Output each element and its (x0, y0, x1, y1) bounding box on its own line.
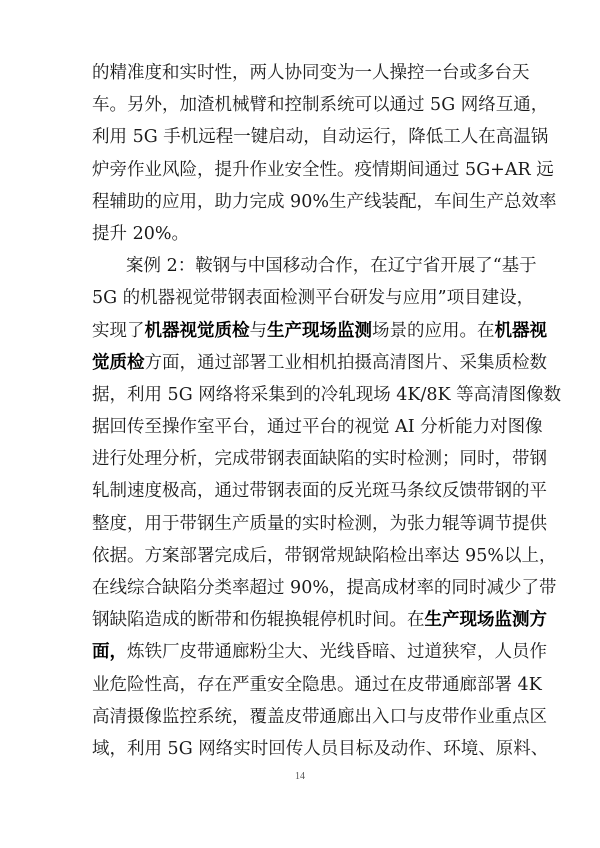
text-line: 觉质检方面，通过部署工业相机拍摄高清图片、采集质检数 (92, 347, 508, 379)
text-run: 炼铁厂皮带通廊粉尘大、光线昏暗、过道狭窄，人员作 (127, 642, 547, 662)
text-run: 车。另外，加渣机械臂和控制系统可以通过 5G 网络互通， (92, 95, 548, 115)
bold-text-run: 面， (92, 642, 127, 662)
text-run: 高清摄像监控系统，覆盖皮带通廊出入口与皮带作业重点区 (92, 707, 547, 727)
text-run: 业危险性高，存在严重安全隐患。通过在皮带通廊部署 4K (92, 675, 542, 695)
text-line: 实现了机器视觉质检与生产现场监测场景的应用。在机器视 (92, 315, 508, 347)
bold-text-run: 机器视 (495, 321, 548, 341)
text-run: 方面，通过部署工业相机拍摄高清图片、采集质检数 (145, 353, 548, 373)
text-line: 钢缺陷造成的断带和伤辊换辊停机时间。在生产现场监测方 (92, 604, 508, 636)
text-run: 利用 5G 手机远程一键启动，自动运行，降低工人在高温锅 (92, 127, 548, 147)
text-run: 与 (250, 321, 268, 341)
text-line: 业危险性高，存在严重安全隐患。通过在皮带通廊部署 4K (92, 669, 508, 701)
text-run: 据回传至操作室平台，通过平台的视觉 AI 分析能力对图像 (92, 417, 543, 437)
text-line: 车。另外，加渣机械臂和控制系统可以通过 5G 网络互通， (92, 89, 508, 121)
text-line: 整度，用于带钢生产质量的实时检测，为张力辊等调节提供 (92, 508, 508, 540)
text-line: 5G 的机器视觉带钢表面检测平台研发与应用”项目建设， (92, 282, 508, 314)
text-line: 轧制速度极高，通过带钢表面的反光斑马条纹反馈带钢的平 (92, 475, 508, 507)
text-line: 高清摄像监控系统，覆盖皮带通廊出入口与皮带作业重点区 (92, 701, 508, 733)
text-line: 依据。方案部署完成后，带钢常规缺陷检出率达 95%以上， (92, 540, 508, 572)
text-line: 面，炼铁厂皮带通廊粉尘大、光线昏暗、过道狭窄，人员作 (92, 636, 508, 668)
text-line: 域，利用 5G 网络实时回传人员目标及动作、环境、原料、 (92, 733, 508, 765)
text-run: 实现了 (92, 321, 145, 341)
text-run: 整度，用于带钢生产质量的实时检测，为张力辊等调节提供 (92, 514, 547, 534)
text-line: 利用 5G 手机远程一键启动，自动运行，降低工人在高温锅 (92, 121, 508, 153)
text-run: 据，利用 5G 网络将采集到的冷轧现场 4K/8K 等高清图像数 (92, 385, 561, 405)
bold-text-run: 觉质检 (92, 353, 145, 373)
text-run: 进行处理分析，完成带钢表面缺陷的实时检测；同时，带钢 (92, 449, 547, 469)
text-run: 钢缺陷造成的断带和伤辊换辊停机时间。在 (92, 610, 425, 630)
page-number: 14 (0, 771, 600, 782)
text-run: 域，利用 5G 网络实时回传人员目标及动作、环境、原料、 (92, 739, 548, 759)
text-run: 炉旁作业风险，提升作业安全性。疫情期间通过 5G+AR 远 (92, 160, 554, 180)
text-line: 程辅助的应用，助力完成 90%生产线装配，车间生产总效率 (92, 186, 508, 218)
text-run: 案例 2：鞍钢与中国移动合作，在辽宁省开展了“基于 (126, 256, 537, 276)
text-run: 依据。方案部署完成后，带钢常规缺陷检出率达 95%以上， (92, 546, 556, 566)
text-run: 在线综合缺陷分类率超过 90%，提高成材率的同时减少了带 (92, 578, 556, 598)
bold-text-run: 生产现场监测方 (425, 610, 548, 630)
text-run: 场景的应用。在 (372, 321, 495, 341)
text-line: 的精准度和实时性，两人协同变为一人操控一台或多台天 (92, 57, 508, 89)
body-text: 的精准度和实时性，两人协同变为一人操控一台或多台天 车。另外，加渣机械臂和控制系… (92, 57, 508, 765)
text-run: 5G 的机器视觉带钢表面检测平台研发与应用”项目建设， (92, 288, 534, 308)
text-run: 程辅助的应用，助力完成 90%生产线装配，车间生产总效率 (92, 192, 556, 212)
text-line-paragraph-start: 案例 2：鞍钢与中国移动合作，在辽宁省开展了“基于 (92, 250, 508, 282)
text-line: 据，利用 5G 网络将采集到的冷轧现场 4K/8K 等高清图像数 (92, 379, 508, 411)
text-line: 在线综合缺陷分类率超过 90%，提高成材率的同时减少了带 (92, 572, 508, 604)
bold-text-run: 生产现场监测 (267, 321, 372, 341)
text-line: 炉旁作业风险，提升作业安全性。疫情期间通过 5G+AR 远 (92, 154, 508, 186)
text-run: 提升 20%。 (92, 224, 189, 244)
text-line: 据回传至操作室平台，通过平台的视觉 AI 分析能力对图像 (92, 411, 508, 443)
text-run: 的精准度和实时性，两人协同变为一人操控一台或多台天 (92, 63, 530, 83)
text-run: 轧制速度极高，通过带钢表面的反光斑马条纹反馈带钢的平 (92, 481, 547, 501)
document-page: 的精准度和实时性，两人协同变为一人操控一台或多台天 车。另外，加渣机械臂和控制系… (0, 0, 600, 848)
text-line-paragraph-end: 提升 20%。 (92, 218, 508, 250)
text-line: 进行处理分析，完成带钢表面缺陷的实时检测；同时，带钢 (92, 443, 508, 475)
bold-text-run: 机器视觉质检 (145, 321, 250, 341)
